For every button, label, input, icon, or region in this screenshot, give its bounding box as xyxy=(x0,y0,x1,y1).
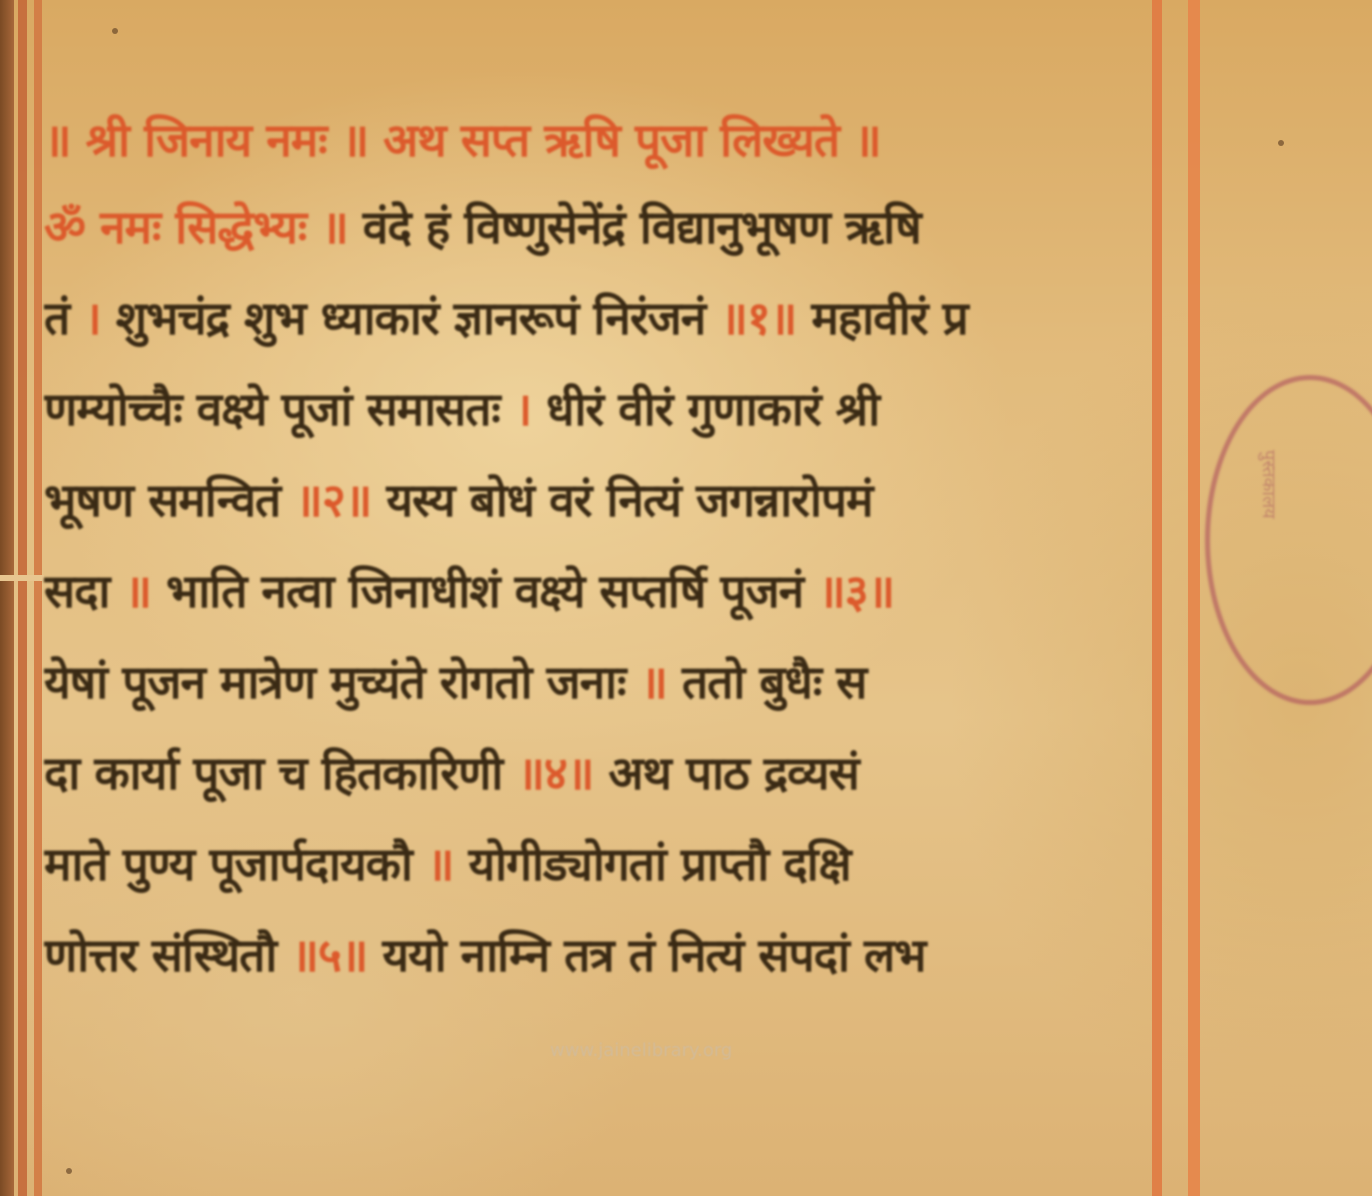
ink-text: ययो नाम्नि तत्र तं नित्यं संपदां लभ xyxy=(367,928,925,982)
ink-text: येषां पूजन मात्रेण मुच्यंते रोगतो जनाः xyxy=(44,655,640,709)
rubric-text: । xyxy=(515,382,531,436)
ink-text: अथ पाठ द्रव्यसं xyxy=(593,746,858,800)
right-border-rule-inner xyxy=(1152,0,1162,1196)
ink-text: णोत्तर संस्थितौ xyxy=(44,928,291,982)
rubric-text: ॥ श्री जिनाय नमः ॥ अथ सप्त ऋषि पूजा लिख्… xyxy=(44,113,881,167)
rubric-text: ॥ xyxy=(640,655,667,709)
manuscript-line: माते पुण्य पूजार्पदायकौ ॥ योगीड्योगतां प… xyxy=(44,819,1152,910)
ink-text: शुभचंद्र शुभ ध्याकारं ज्ञानरूपं निरंजनं xyxy=(101,291,721,345)
ink-text: माते पुण्य पूजार्पदायकौ xyxy=(44,837,427,891)
ink-text: णम्योच्चैः वक्ष्ये पूजां समासतः xyxy=(44,382,515,436)
ink-text: तं xyxy=(44,291,84,345)
rubric-text: ॥५॥ xyxy=(291,928,367,982)
rubric-text: ॥ xyxy=(427,837,454,891)
ink-text: भूषण समन्वितं xyxy=(44,473,295,527)
ink-text: सदा xyxy=(44,564,124,618)
manuscript-line: णम्योच्चैः वक्ष्ये पूजां समासतः । धीरं व… xyxy=(44,364,1152,455)
paper-speck xyxy=(66,1168,72,1174)
manuscript-text-block: ॥ श्री जिनाय नमः ॥ अथ सप्त ऋषि पूजा लिख्… xyxy=(44,110,1152,1001)
rubric-text: ॥२॥ xyxy=(295,473,371,527)
rubric-text: ॥४॥ xyxy=(517,746,593,800)
manuscript-line: ॥ श्री जिनाय नमः ॥ अथ सप्त ऋषि पूजा लिख्… xyxy=(44,110,1152,182)
rubric-text: ॥ xyxy=(124,564,151,618)
rubric-text: ॐ नमः सिद्धेभ्यः ॥ xyxy=(44,200,363,254)
manuscript-line: णोत्तर संस्थितौ ॥५॥ ययो नाम्नि तत्र तं न… xyxy=(44,910,1152,1001)
binding-notch xyxy=(0,575,44,581)
manuscript-line: सदा ॥ भाति नत्वा जिनाधीशं वक्ष्ये सप्तर्… xyxy=(44,546,1152,637)
manuscript-line: दा कार्या पूजा च हितकारिणी ॥४॥ अथ पाठ द्… xyxy=(44,728,1152,819)
ink-text: महावीरं प्र xyxy=(796,291,967,345)
paper-speck xyxy=(112,28,118,34)
rubric-text: ॥३॥ xyxy=(818,564,894,618)
ink-text: ततो बुधैः स xyxy=(667,655,866,709)
manuscript-line: तं । शुभचंद्र शुभ ध्याकारं ज्ञानरूपं निर… xyxy=(44,273,1152,364)
rubric-text: ॥१॥ xyxy=(720,291,796,345)
watermark: www.jainelibrary.org xyxy=(550,1040,732,1061)
ink-text: वंदे हं विष्णुसेनेंद्रं विद्यानुभूषण ऋषि xyxy=(363,200,921,254)
right-border-rule-outer xyxy=(1188,0,1200,1196)
ink-text: दा कार्या पूजा च हितकारिणी xyxy=(44,746,517,800)
stamp-text: पुस्तकालय xyxy=(1240,450,1280,610)
paper-speck xyxy=(1278,140,1284,146)
page-binding-edge xyxy=(0,0,14,1196)
ink-text: यस्य बोधं वरं नित्यं जगन्नारोपमं xyxy=(371,473,872,527)
manuscript-line: ॐ नमः सिद्धेभ्यः ॥ वंदे हं विष्णुसेनेंद्… xyxy=(44,182,1152,273)
left-border-rule-outer xyxy=(18,0,27,1196)
ink-text: योगीड्योगतां प्राप्तौ दक्षि xyxy=(453,837,850,891)
rubric-text: । xyxy=(84,291,100,345)
ink-text: भाति नत्वा जिनाधीशं वक्ष्ये सप्तर्षि पूज… xyxy=(151,564,818,618)
manuscript-line: भूषण समन्वितं ॥२॥ यस्य बोधं वरं नित्यं ज… xyxy=(44,455,1152,546)
left-border-rule-inner xyxy=(34,0,42,1196)
manuscript-line: येषां पूजन मात्रेण मुच्यंते रोगतो जनाः ॥… xyxy=(44,637,1152,728)
ink-text: धीरं वीरं गुणाकारं श्री xyxy=(531,382,879,436)
